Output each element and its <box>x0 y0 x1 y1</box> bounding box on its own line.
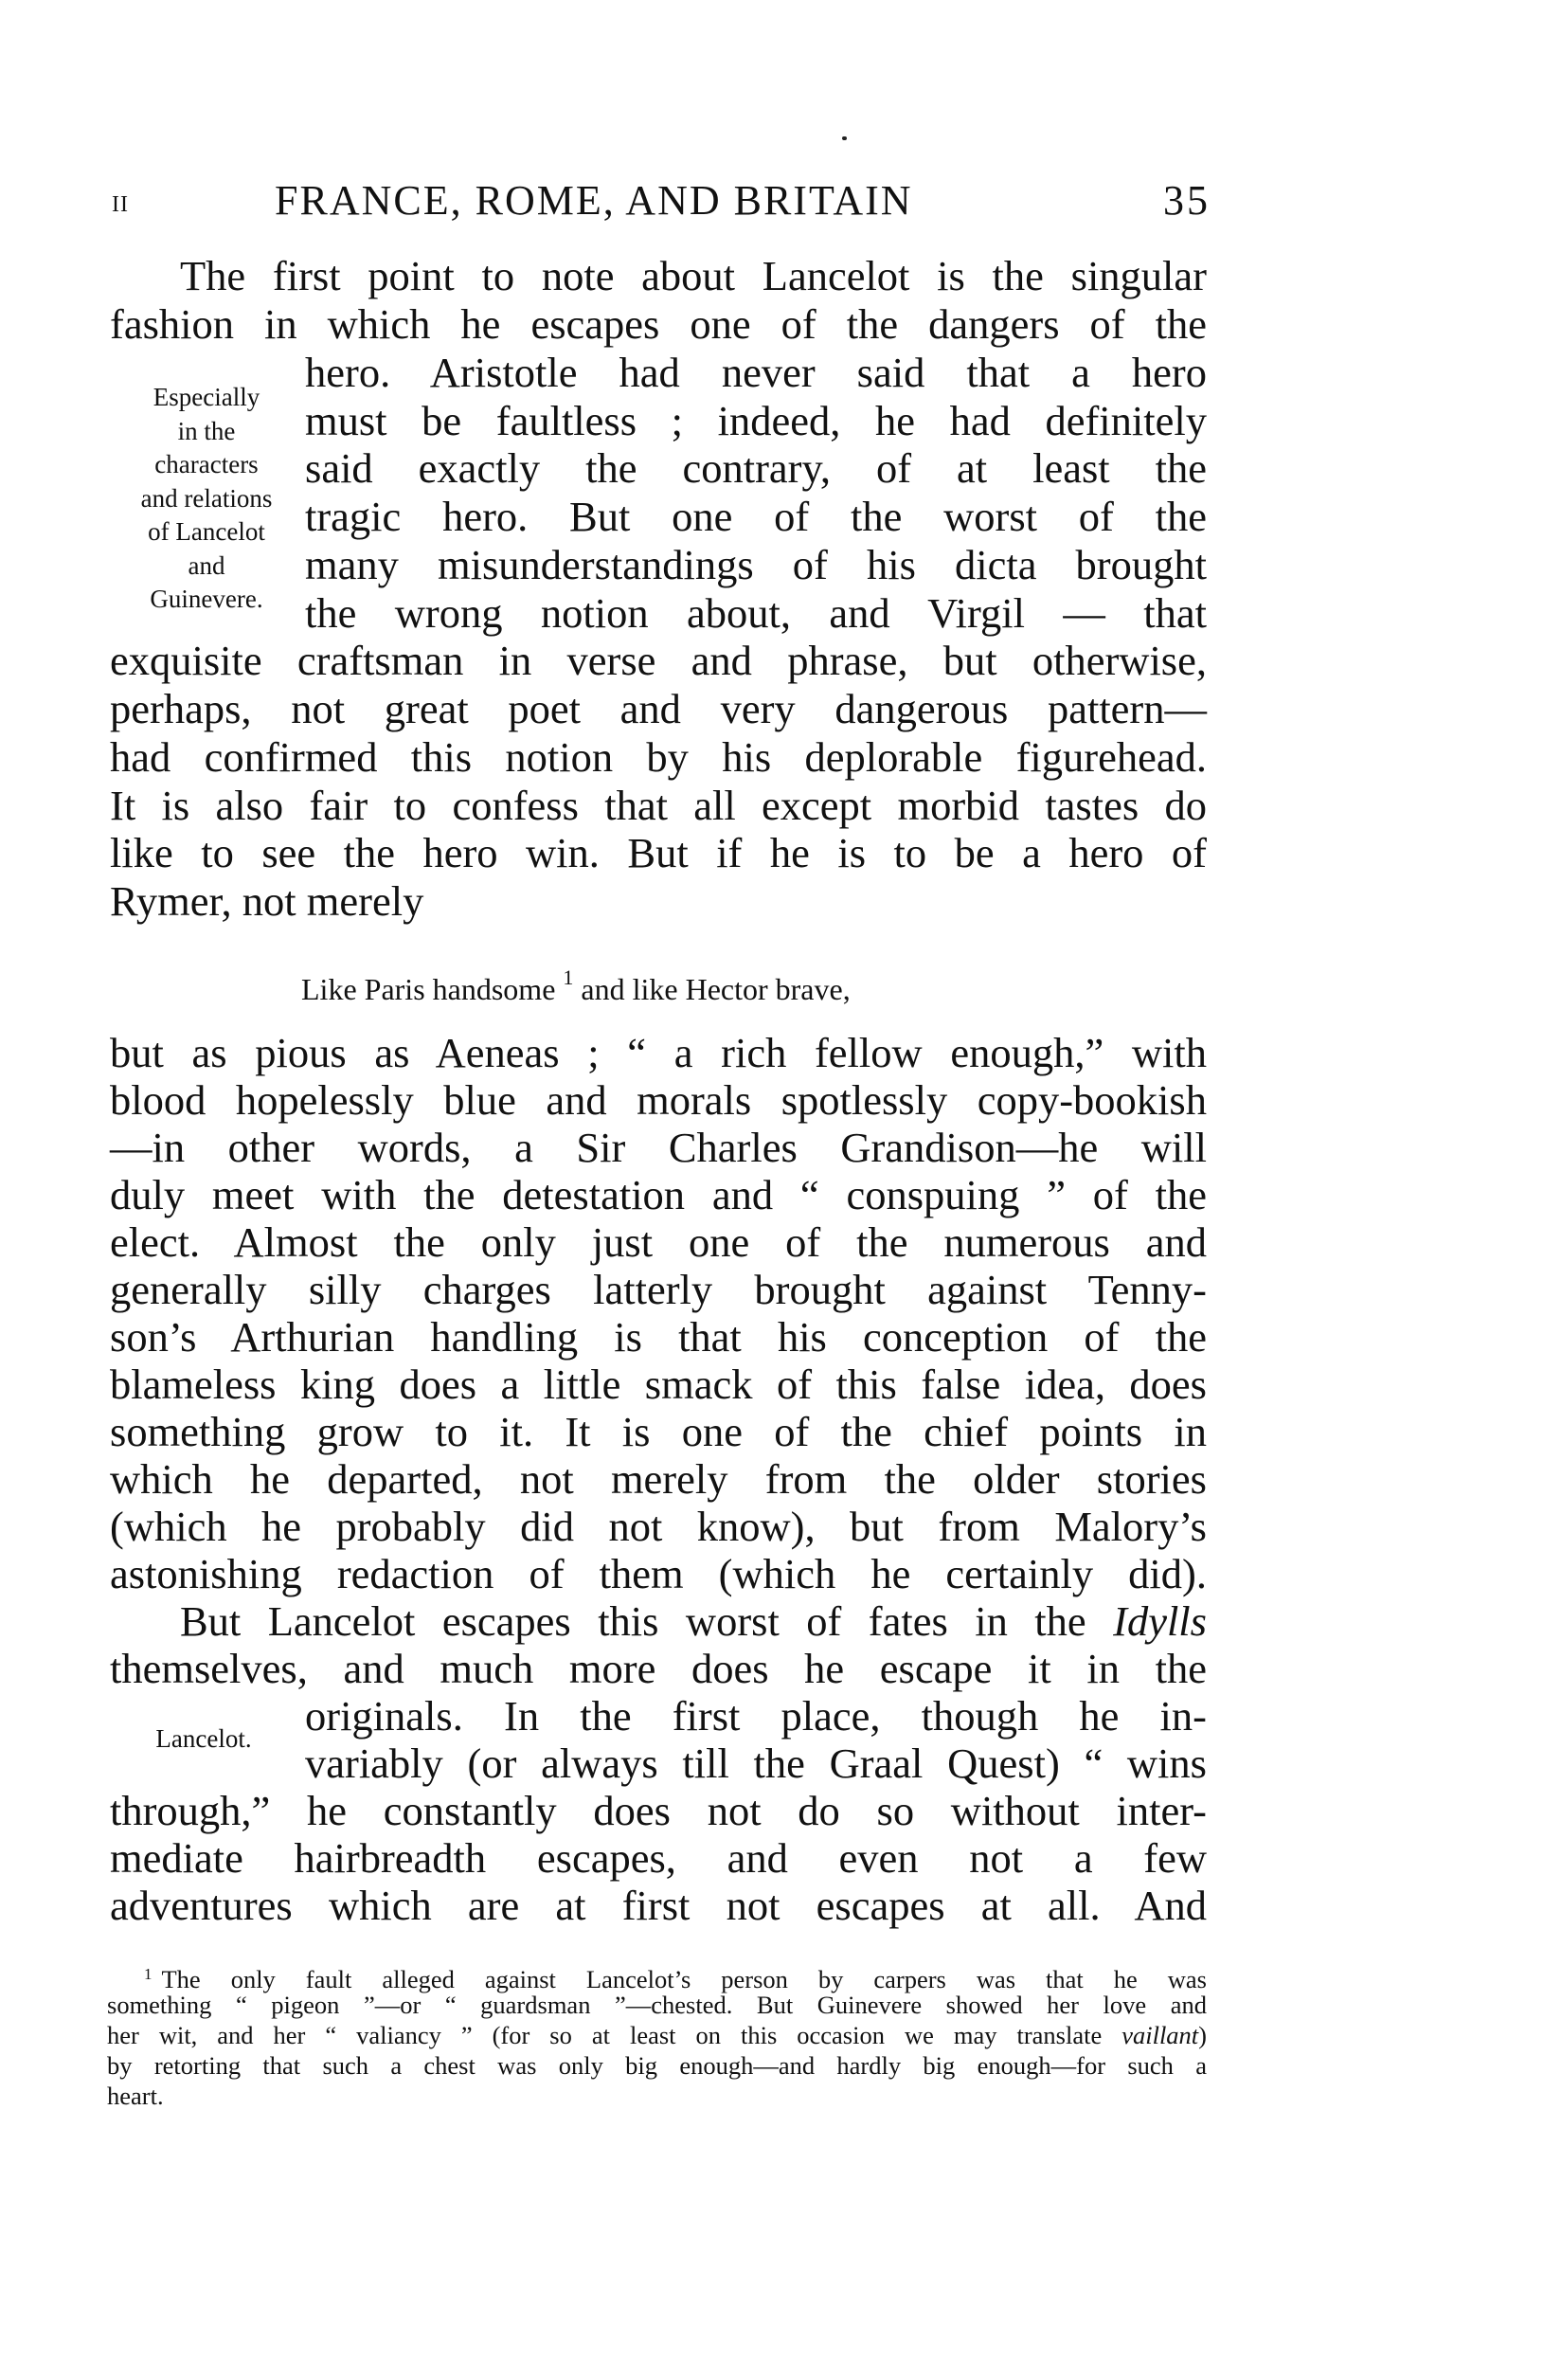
body-line: hero. Aristotle had never said that a he… <box>305 349 1207 396</box>
body-line: fashion in which he escapes one of the d… <box>110 300 1207 348</box>
body-line: son’s Arthurian handling is that his con… <box>110 1313 1207 1361</box>
italic-title: Idylls <box>1113 1597 1207 1645</box>
body-text: But Lancelot escapes this worst of fates… <box>180 1597 1113 1645</box>
margin-note-line: and relations <box>112 482 301 516</box>
margin-note-characters: Especially in the characters and relatio… <box>112 381 301 617</box>
footnote-ref[interactable]: 1 <box>563 965 573 989</box>
body-line: something grow to it. It is one of the c… <box>110 1408 1207 1455</box>
body-line: had confirmed this notion by his deplora… <box>110 733 1207 781</box>
footnote-line: heart. <box>107 2081 1207 2111</box>
quote-text: and like Hector brave, <box>581 972 850 1006</box>
body-line: The first point to note about Lancelot i… <box>180 252 1207 299</box>
body-line: originals. In the first place, though he… <box>305 1692 1207 1740</box>
book-page: II FRANCE, ROME, AND BRITAIN 35 Especial… <box>0 0 1561 2380</box>
body-line: said exactly the contrary, of at least t… <box>305 444 1207 492</box>
body-line: It is also fair to confess that all exce… <box>110 782 1207 829</box>
footnote-text: ) <box>1198 2021 1207 2049</box>
body-line: the wrong notion about, and Virgil — tha… <box>305 589 1207 637</box>
body-line: But Lancelot escapes this worst of fates… <box>180 1597 1207 1645</box>
body-line: tragic hero. But one of the worst of the <box>305 493 1207 540</box>
body-line: must be faultless ; indeed, he had defin… <box>305 397 1207 444</box>
footnote-text: her wit, and her “ valiancy ” (for so at… <box>107 2021 1121 2049</box>
margin-note-line: in the <box>112 415 301 449</box>
body-line: but as pious as Aeneas ; “ a rich fellow… <box>110 1029 1207 1076</box>
footnote-line: her wit, and her “ valiancy ” (for so at… <box>107 2020 1207 2050</box>
body-line: —in other words, a Sir Charles Grandison… <box>110 1124 1207 1171</box>
body-line: perhaps, not great poet and very dangero… <box>110 685 1207 732</box>
body-line: mediate hairbreadth escapes, and even no… <box>110 1834 1207 1882</box>
body-line: exquisite craftsman in verse and phrase,… <box>110 637 1207 684</box>
body-line: astonishing redaction of them (which he … <box>110 1550 1207 1597</box>
margin-note-line: Especially <box>112 381 301 415</box>
margin-note-line: Lancelot. <box>133 1722 275 1757</box>
body-line: which he departed, not merely from the o… <box>110 1455 1207 1503</box>
body-line: generally silly charges latterly brought… <box>110 1266 1207 1313</box>
verse-quotation: Like Paris handsome 1 and like Hector br… <box>301 959 851 1008</box>
quote-text: Like Paris handsome <box>301 972 555 1006</box>
body-line: variably (or always till the Graal Quest… <box>305 1740 1207 1787</box>
chapter-number: II <box>112 193 129 216</box>
body-line: duly meet with the detestation and “ con… <box>110 1171 1207 1218</box>
margin-note-line: characters <box>112 448 301 482</box>
body-line: (which he probably did not know), but fr… <box>110 1503 1207 1550</box>
scan-speck <box>842 136 847 140</box>
body-line: themselves, and much more does he escape… <box>110 1645 1207 1692</box>
body-line: elect. Almost the only just one of the n… <box>110 1218 1207 1266</box>
running-title: FRANCE, ROME, AND BRITAIN <box>275 180 913 222</box>
body-line: many misunderstandings of his dicta brou… <box>305 541 1207 588</box>
body-line: blameless king does a little smack of th… <box>110 1361 1207 1408</box>
footnote-line: by retorting that such a chest was only … <box>107 2050 1207 2081</box>
body-line: through,” he constantly does not do so w… <box>110 1787 1207 1834</box>
margin-note-line: of Lancelot <box>112 515 301 550</box>
footnote-marker: 1 <box>144 1965 153 1983</box>
body-line: like to see the hero win. But if he is t… <box>110 829 1207 876</box>
margin-note-line: Guinevere. <box>112 583 301 617</box>
body-line: adventures which are at first not escape… <box>110 1882 1207 1929</box>
footnote-line: something “ pigeon ”—or “ guardsman ”—ch… <box>107 1990 1207 2020</box>
margin-note-line: and <box>112 550 301 584</box>
margin-note-lancelot: Lancelot. <box>133 1722 275 1757</box>
body-line: blood hopelessly blue and morals spotles… <box>110 1076 1207 1124</box>
page-number: 35 <box>1163 180 1211 222</box>
footnote-italic: vaillant <box>1121 2021 1198 2049</box>
body-line: Rymer, not merely <box>110 877 1207 925</box>
